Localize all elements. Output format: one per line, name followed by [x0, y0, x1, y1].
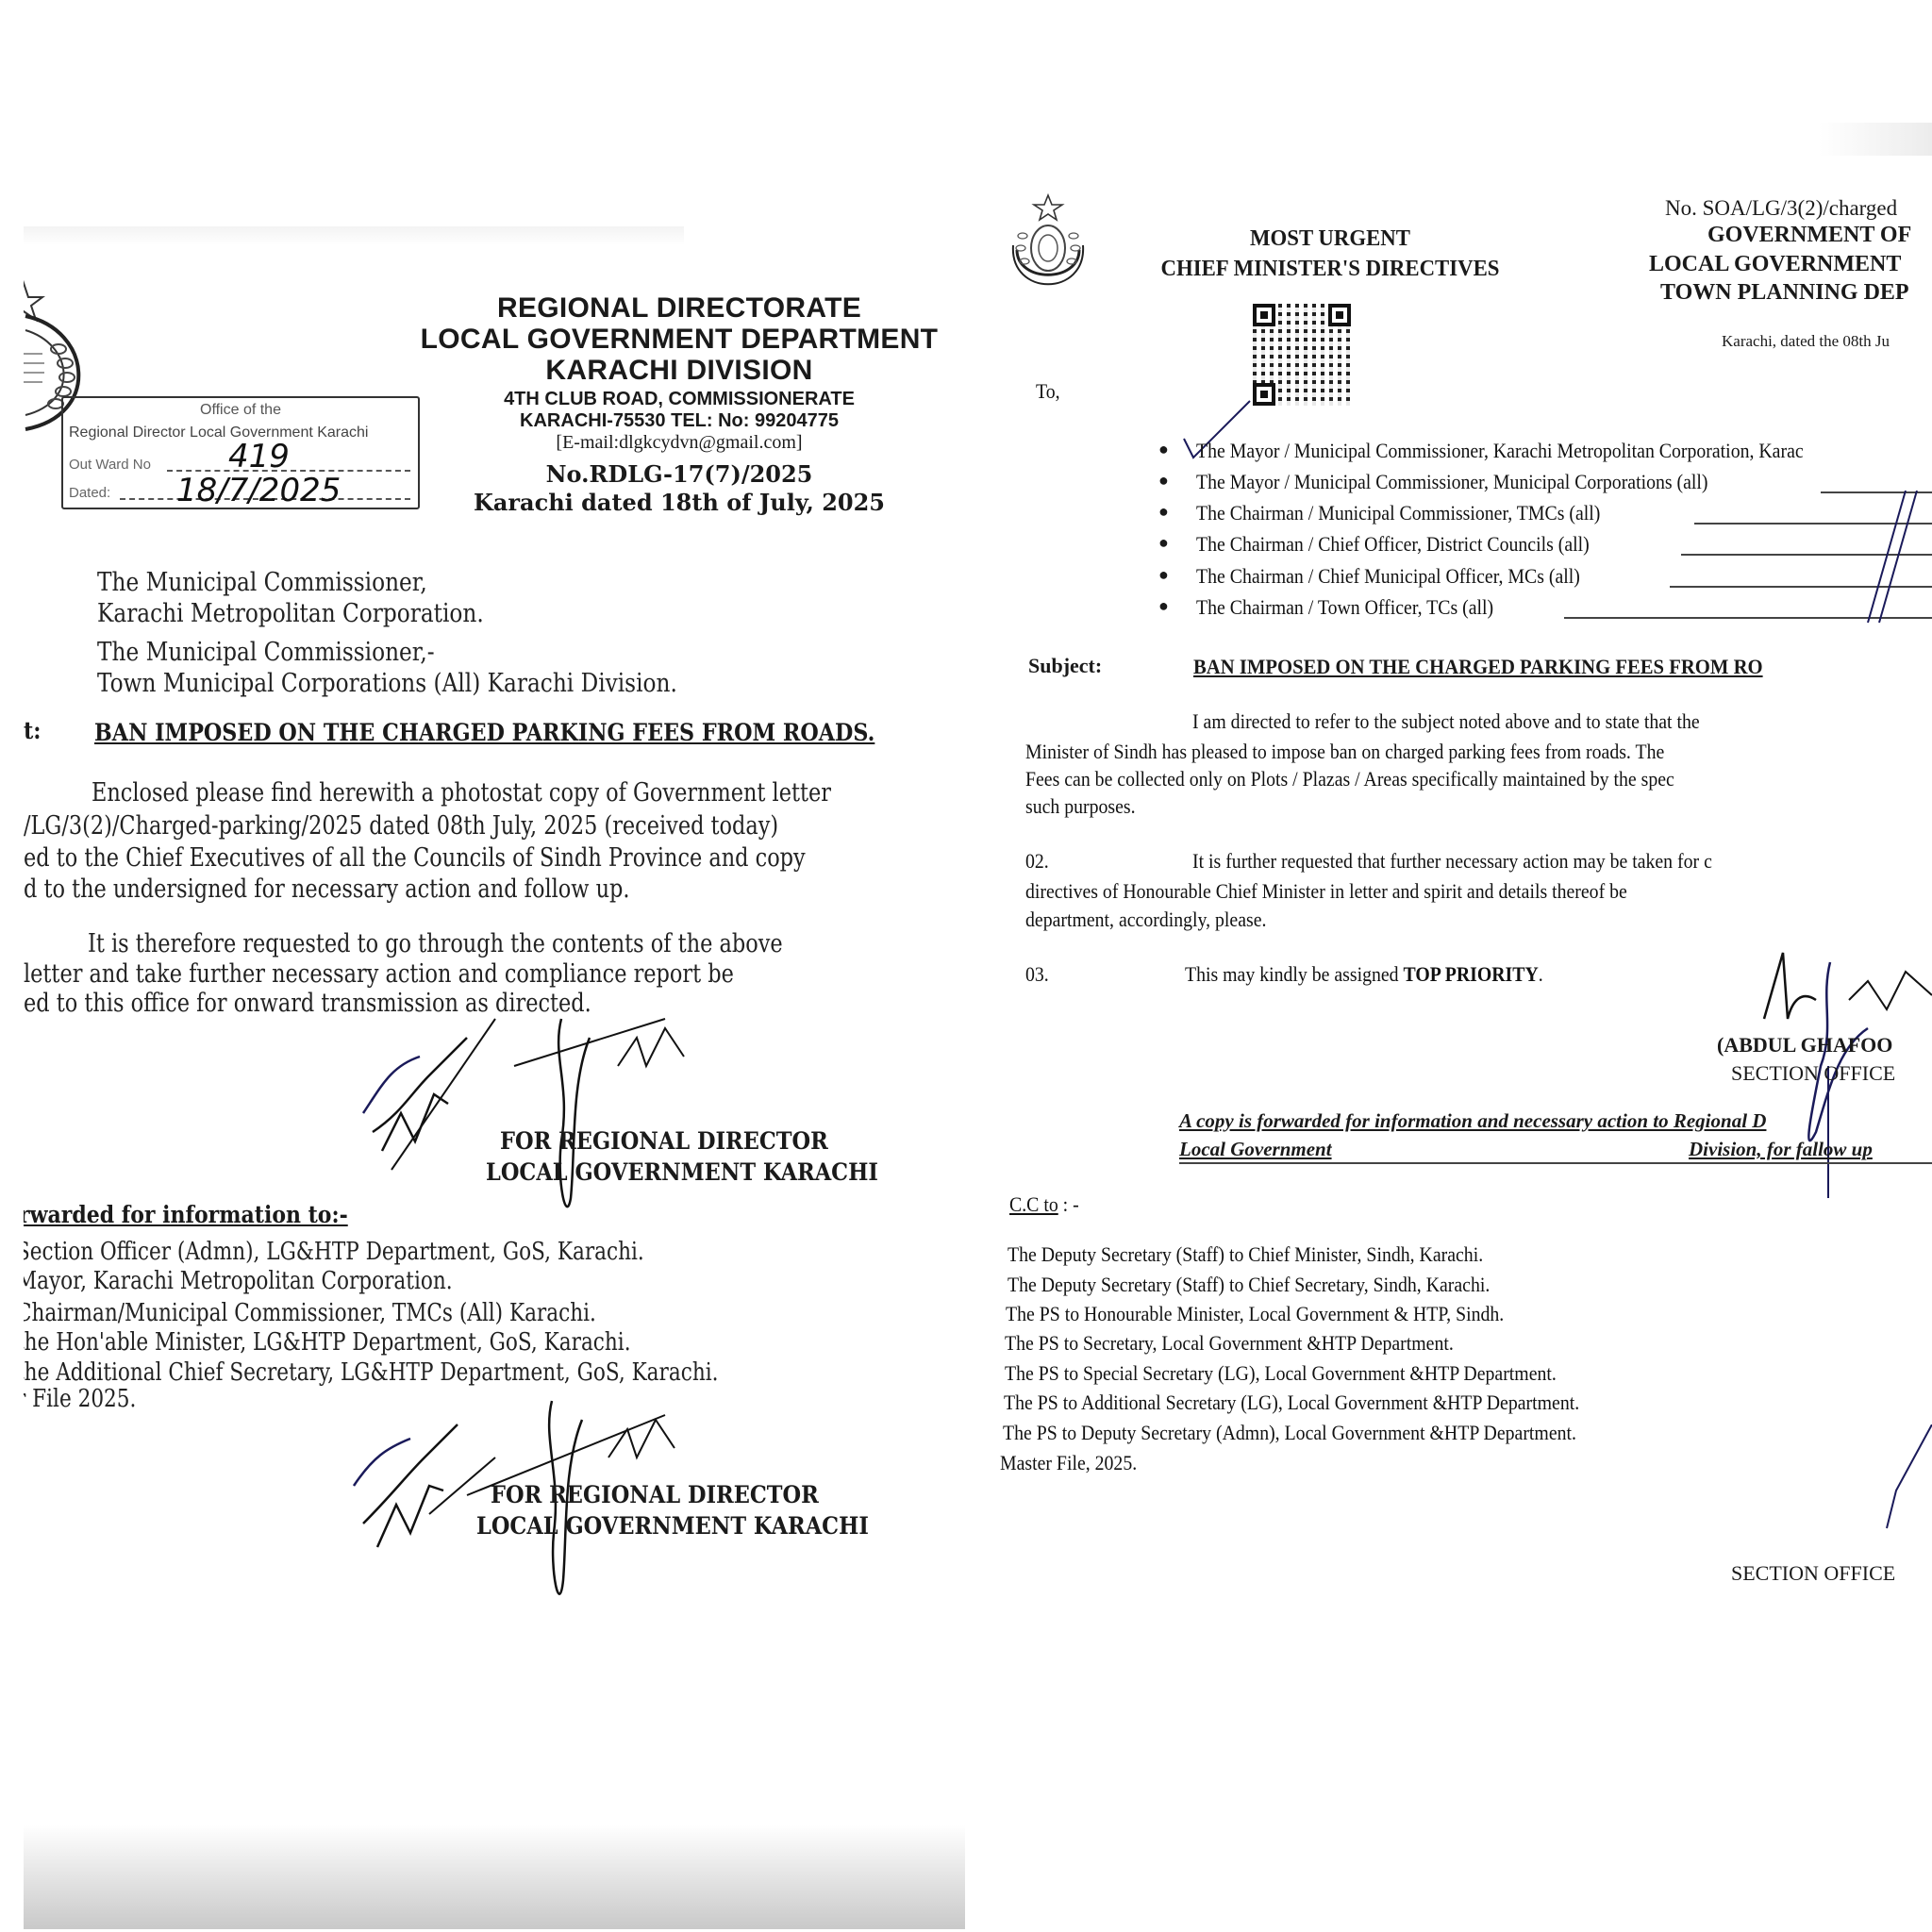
signature-1-line-2: LOCAL GOVERNMENT KARACHI [486, 1158, 878, 1186]
subject-label: Subject: [1028, 654, 1102, 678]
stamp-dated-value: 18/7/2025 [176, 472, 341, 509]
cc-item: The Deputy Secretary (Staff) to Chief Se… [1008, 1273, 1490, 1297]
to-label: To, [1036, 379, 1060, 404]
forwarded-item: the Hon'able Minister, LG&HTP Department… [24, 1328, 631, 1357]
letterhead-title-2: LOCAL GOVERNMENT DEPARTMENT [349, 324, 965, 356]
paragraph-2-line: It is further requested that further nec… [1192, 849, 1712, 874]
priority-label: MOST URGENT [1142, 226, 1519, 252]
department-line-3: TOWN PLANNING DEP [1660, 280, 1909, 306]
subject-label: t: [24, 717, 41, 744]
stamp-subtitle: Regional Director Local Government Karac… [69, 425, 368, 441]
page-bottom-shadow [24, 1825, 965, 1929]
qr-code-icon [1253, 304, 1351, 406]
paragraph-3-number: 03. [1025, 962, 1049, 987]
signatory-name: (ABDUL GHAFOO [1717, 1033, 1892, 1058]
subject-text: BAN IMPOSED ON THE CHARGED PARKING FEES … [94, 719, 874, 746]
signature-mark-icon [1858, 491, 1932, 632]
paragraph-1-line: such purposes. [1025, 794, 1136, 819]
copy-forward-line-2-left: Local Government [1179, 1138, 1332, 1161]
paragraph-1-line: Enclosed please find herewith a photosta… [92, 778, 831, 808]
letterhead-email: [E-mail:dlgkcydvn@gmail.com] [434, 432, 924, 454]
reference-number: No.RDLG-17(7)/2025 [434, 460, 924, 488]
forwarded-item: r File 2025. [24, 1385, 136, 1413]
bottom-signatory-title: SECTION OFFICE [1731, 1561, 1895, 1586]
forwarded-heading: rwarded for information to:- [24, 1201, 348, 1228]
cc-item: The PS to Honourable Minister, Local Gov… [1006, 1302, 1504, 1326]
scan-shadow [1819, 123, 1932, 156]
cc-item: The PS to Deputy Secretary (Admn), Local… [1003, 1421, 1576, 1445]
recipient-item: The Chairman / Chief Officer, District C… [1196, 532, 1590, 557]
directive-label: CHIEF MINISTER'S DIRECTIVES [1142, 257, 1519, 282]
paragraph-3-text: This may kindly be assigned TOP PRIORITY… [1185, 962, 1543, 987]
forwarded-item: Chairman/Municipal Commissioner, TMCs (A… [24, 1299, 596, 1327]
cc-item: The Deputy Secretary (Staff) to Chief Mi… [1008, 1242, 1483, 1267]
paragraph-2-number: 02. [1025, 849, 1049, 874]
letterhead-address-2: KARACHI-75530 TEL: No: 99204775 [434, 410, 924, 432]
outward-stamp: Office of the Regional Director Local Go… [61, 396, 420, 509]
paragraph-2-line: directives of Honourable Chief Minister … [1025, 879, 1627, 904]
cc-item: The PS to Secretary, Local Government &H… [1005, 1331, 1454, 1356]
paragraph-1-line: ed to the Chief Executives of all the Co… [24, 843, 806, 873]
paragraph-3-suffix: . [1539, 962, 1543, 986]
top-priority-emphasis: TOP PRIORITY [1404, 962, 1539, 986]
letter-date: Karachi, dated the 08th Ju [1722, 332, 1890, 351]
paragraph-1-line: d to the undersigned for necessary actio… [24, 874, 629, 904]
reference-number: No. SOA/LG/3(2)/charged [1665, 196, 1897, 221]
stamp-dated-label: Dated: [69, 485, 110, 501]
cc-heading-label: C.C to [1009, 1192, 1058, 1216]
cc-item: The PS to Special Secretary (LG), Local … [1005, 1361, 1557, 1386]
letter-date: Karachi dated 18th of July, 2025 [434, 489, 924, 516]
signature-1-line-1: FOR REGIONAL DIRECTOR [500, 1127, 828, 1155]
paragraph-2-line: It is therefore requested to go through … [88, 929, 783, 958]
cc-item: Master File, 2025. [1000, 1451, 1137, 1475]
copy-forward-line-2-right: Division, for fallow up [1689, 1138, 1873, 1161]
stamp-outward-label: Out Ward No [69, 457, 151, 473]
letterhead-address-1: 4TH CLUB ROAD, COMMISSIONERATE [434, 389, 924, 410]
sindh-emblem-icon [1009, 193, 1087, 302]
paragraph-1-line: I am directed to refer to the subject no… [1192, 709, 1700, 734]
copy-forward-line-1: A copy is forwarded for information and … [1179, 1109, 1766, 1133]
paragraph-2-line: letter and take further necessary action… [24, 959, 734, 989]
department-line-1: GOVERNMENT OF [1707, 223, 1911, 248]
signature-2-line-2: LOCAL GOVERNMENT KARACHI [476, 1512, 869, 1540]
signature-2-line-1: FOR REGIONAL DIRECTOR [491, 1481, 819, 1508]
forwarded-item: Section Officer (Admn), LG&HTP Departmen… [24, 1238, 644, 1266]
cc-heading: C.C to : - [1009, 1192, 1079, 1217]
letterhead-title-1: REGIONAL DIRECTORATE [349, 292, 965, 325]
paragraph-1-line: Fees can be collected only on Plots / Pl… [1025, 767, 1674, 791]
right-letter-page: MOST URGENT CHIEF MINISTER'S DIRECTIVES … [972, 0, 1932, 1932]
addressee-line: Town Municipal Corporations (All) Karach… [97, 669, 677, 698]
addressee-line: Karachi Metropolitan Corporation. [97, 599, 484, 628]
recipient-item: The Mayor / Municipal Commissioner, Muni… [1196, 470, 1708, 494]
scan-shadow [24, 226, 684, 245]
paragraph-1-line: /LG/3(2)/Charged-parking/2025 dated 08th… [24, 811, 778, 841]
addressee-line: The Municipal Commissioner, [97, 568, 427, 597]
stamp-outward-value: 419 [228, 438, 290, 475]
department-line-2: LOCAL GOVERNMENT [1649, 252, 1901, 277]
paragraph-3-prefix: This may kindly be assigned [1185, 962, 1404, 986]
subject-text: BAN IMPOSED ON THE CHARGED PARKING FEES … [1193, 655, 1763, 679]
letterhead-title-3: KARACHI DIVISION [349, 355, 965, 387]
paragraph-1-line: Minister of Sindh has pleased to impose … [1025, 740, 1664, 764]
paragraph-2-line: department, accordingly, please. [1025, 908, 1266, 932]
stamp-title: Office of the [63, 402, 418, 419]
cc-item: The PS to Additional Secretary (LG), Loc… [1004, 1391, 1579, 1415]
signatory-title: SECTION OFFICE [1731, 1061, 1895, 1086]
left-letter-page: REGIONAL DIRECTORATE LOCAL GOVERNMENT DE… [24, 226, 965, 1929]
forwarded-item: Mayor, Karachi Metropolitan Corporation. [24, 1267, 453, 1295]
recipient-item: The Mayor / Municipal Commissioner, Kara… [1196, 439, 1804, 463]
recipient-item: The Chairman / Chief Municipal Officer, … [1196, 564, 1580, 589]
cc-heading-suffix: : - [1058, 1192, 1079, 1216]
recipient-item: The Chairman / Municipal Commissioner, T… [1196, 501, 1600, 525]
signature-stroke-icon [1877, 1424, 1932, 1538]
recipient-item: The Chairman / Town Officer, TCs (all) [1196, 595, 1493, 620]
addressee-line: The Municipal Commissioner,- [97, 638, 435, 667]
